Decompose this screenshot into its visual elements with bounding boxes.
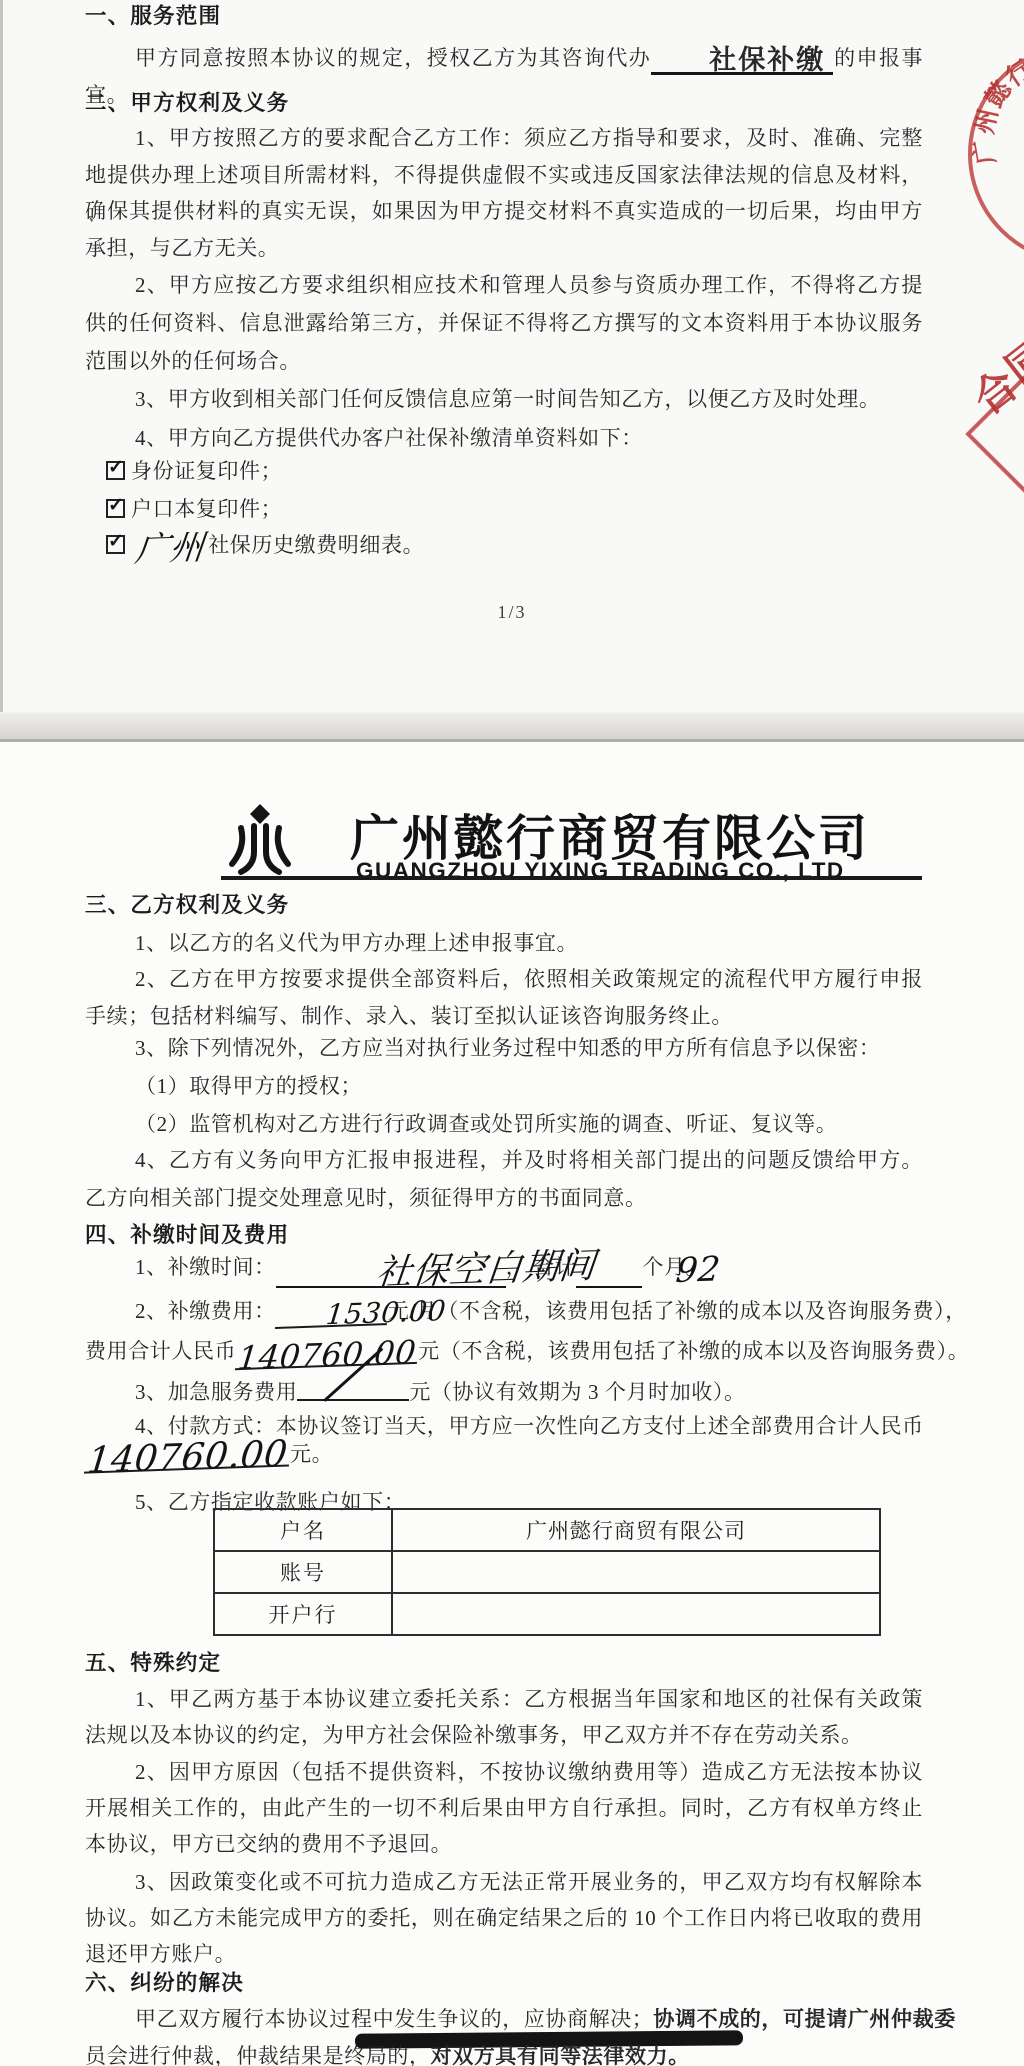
checkbox-label: 社保历史缴费明细表。 (208, 533, 424, 557)
paragraph-text: 元/月（不含税，该费用包括了补缴的成本以及咨询服务费）， (388, 1299, 967, 1323)
paragraph-b3-sub2: （2）监管机构对乙方进行行政调查或处罚所实施的调查、听证、复议等。 (85, 1106, 923, 1143)
checkbox-checked-icon (106, 499, 125, 518)
paragraph-b3: 3、除下列情况外，乙方应当对执行业务过程中知悉的甲方所有信息予以保密： (85, 1030, 923, 1067)
table-row-bank-branch: 开户行 (215, 1594, 879, 1634)
company-logo (229, 802, 291, 876)
paragraph-text: 员会进行仲裁，仲裁结果是终局的， (85, 2044, 431, 2066)
checkbox-label: 户口本复印件； (131, 497, 282, 521)
checkbox-checked-icon (106, 461, 125, 480)
handwritten-period: 社保空白期间 (325, 1256, 597, 1285)
handwritten-total-fee: 140760.00 (235, 1342, 419, 1370)
filled-blank-service-item: 社保补缴 (651, 48, 833, 75)
bank-account-table: 户名 广州懿行商贸有限公司 账号 开户行 (213, 1508, 881, 1636)
screenshot-root: { "page1": { "sec1": "一、服务范围", "p1a": "甲… (0, 0, 1024, 2066)
handwritten-months: 92 (625, 1259, 722, 1282)
paragraph-b2: 2、乙方在甲方按要求提供全部资料后，依照相关政策规定的流程代甲方履行申报手续；包… (85, 961, 923, 1035)
table-label-cell: 户名 (215, 1510, 393, 1550)
handwritten-payment-total: 140760.00 (84, 1444, 291, 1473)
paragraph-text: 元（不含税，该费用包括了补缴的成本以及咨询服务费）。 (418, 1339, 969, 1363)
paragraph-b4: 4、乙方有义务向甲方汇报申报进程，并及时将相关部门提出的问题反馈给甲方。乙方向相… (85, 1141, 923, 1217)
table-label-cell: 开户行 (215, 1594, 393, 1634)
section-title-special-terms: 五、特殊约定 (85, 1646, 221, 1677)
paragraph-text: 2、补缴费用： (135, 1299, 276, 1323)
paragraph-text: 元。 (290, 1442, 333, 1466)
checkbox-item-ss-history: 广州社保历史缴费明细表。 (106, 529, 424, 559)
paragraph-text: 甲方同意按照本协议的规定，授权乙方为其咨询代办 (135, 46, 651, 70)
paragraph-text: 元（协议有效期为 3 个月时加收）。 (409, 1380, 745, 1404)
paragraph-s3: 3、因政策变化或不可抗力造成乙方无法正常开展业务的，甲乙双方均有权解除本协议。如… (85, 1864, 923, 1972)
checkbox-label: 身份证复印件； (131, 459, 282, 483)
table-label-cell: 账号 (215, 1552, 393, 1592)
paragraph-dispute-line2: 员会进行仲裁，仲裁结果是终局的，对双方具有同等法律效力。 (85, 2044, 923, 2066)
paragraph-a2: 2、甲方应按乙方要求组织相应技术和管理人员参与资质办理工作，不得将乙方提供的任何… (85, 266, 923, 382)
table-value-cell (393, 1552, 879, 1592)
checkbox-item-id-copy: 身份证复印件； (106, 455, 282, 485)
paragraph-a3: 3、甲方收到相关部门任何反馈信息应第一时间告知乙方，以便乙方及时处理。 (85, 381, 923, 418)
paragraph-s2: 2、因甲方原因（包括不提供资料，不按协议缴纳费用等）造成乙方无法按本协议开展相关… (85, 1754, 923, 1862)
paragraph-a1: 1、甲方按照乙方的要求配合乙方工作：须应乙方指导和要求，及时、准确、完整地提供办… (85, 120, 923, 268)
table-row-account-number: 账号 (215, 1552, 879, 1594)
table-value-cell (393, 1594, 879, 1634)
paragraph-text: 费用合计人民币 (85, 1339, 236, 1363)
section-title-service-scope: 一、服务范围 (85, 0, 221, 30)
page-separator-band (0, 712, 1024, 742)
page-number: 1/3 (0, 602, 1024, 623)
section-title-fees: 四、补缴时间及费用 (85, 1218, 289, 1249)
checkbox-checked-icon (106, 535, 125, 554)
section-title-party-a-rights: 二、甲方权利及义务 (85, 86, 289, 117)
paragraph-b1: 1、以乙方的名义代为甲方办理上述申报事宜。 (85, 925, 923, 962)
paragraph-payment-amount: 140760.00元。 (85, 1436, 923, 1473)
section-title-disputes: 六、纠纷的解决 (85, 1966, 244, 1997)
paragraph-text: 3、加急服务费用 (135, 1380, 297, 1404)
paragraph-a4: 4、甲方向乙方提供代办客户社保补缴清单资料如下： (85, 420, 923, 457)
crossed-out-blank (297, 1377, 409, 1401)
company-name-en: GUANGZHOU YIXING TRADING CO., LTD (356, 858, 845, 884)
paragraph-text: 甲乙双方履行本协议过程中发生争议的，应协商解决； (135, 2007, 653, 2031)
stray-ink-mark: 、 (86, 197, 110, 229)
paragraph-fee-total: 费用合计人民币140760.00元（不含税，该费用包括了补缴的成本以及咨询服务费… (85, 1333, 923, 1370)
paragraph-b3-sub1: （1）取得甲方的授权； (85, 1068, 923, 1105)
letterhead-rule (221, 876, 922, 880)
contract-page-1: 一、服务范围 甲方同意按照本协议的规定，授权乙方为其咨询代办社保补缴的申报事宜。… (0, 0, 1024, 712)
table-row-account-name: 户名 广州懿行商贸有限公司 (215, 1510, 879, 1552)
paragraph-text-bold: 协调不成的，可提请广州仲裁委 (653, 2007, 955, 2031)
paragraph-s1: 1、甲乙两方基于本协议建立委托关系：乙方根据当年国家和地区的社保有关政策法规以及… (85, 1681, 923, 1753)
handwritten-city: 广州 (134, 538, 205, 561)
handwritten-monthly-fee: 1530.00 (275, 1303, 389, 1329)
paragraph-rush-fee: 3、加急服务费用元（协议有效期为 3 个月时加收）。 (85, 1374, 923, 1411)
paragraph-text-bold: 对双方具有同等法律效力。 (431, 2044, 690, 2066)
contract-page-2: 广州懿行商贸有限公司 GUANGZHOU YIXING TRADING CO.,… (0, 742, 1024, 2066)
paragraph-text: 1、补缴时间： (135, 1255, 276, 1279)
paragraph-fee-monthly: 2、补缴费用：1530.00元/月（不含税，该费用包括了补缴的成本以及咨询服务费… (85, 1293, 923, 1330)
table-value-cell: 广州懿行商贸有限公司 (393, 1510, 879, 1550)
section-title-party-b-rights: 三、乙方权利及义务 (85, 888, 289, 919)
checkbox-item-hukou-copy: 户口本复印件； (106, 493, 282, 523)
paragraph-fee-time: 1、补缴时间：社保空白期间， 合计92个月。 (85, 1249, 923, 1288)
